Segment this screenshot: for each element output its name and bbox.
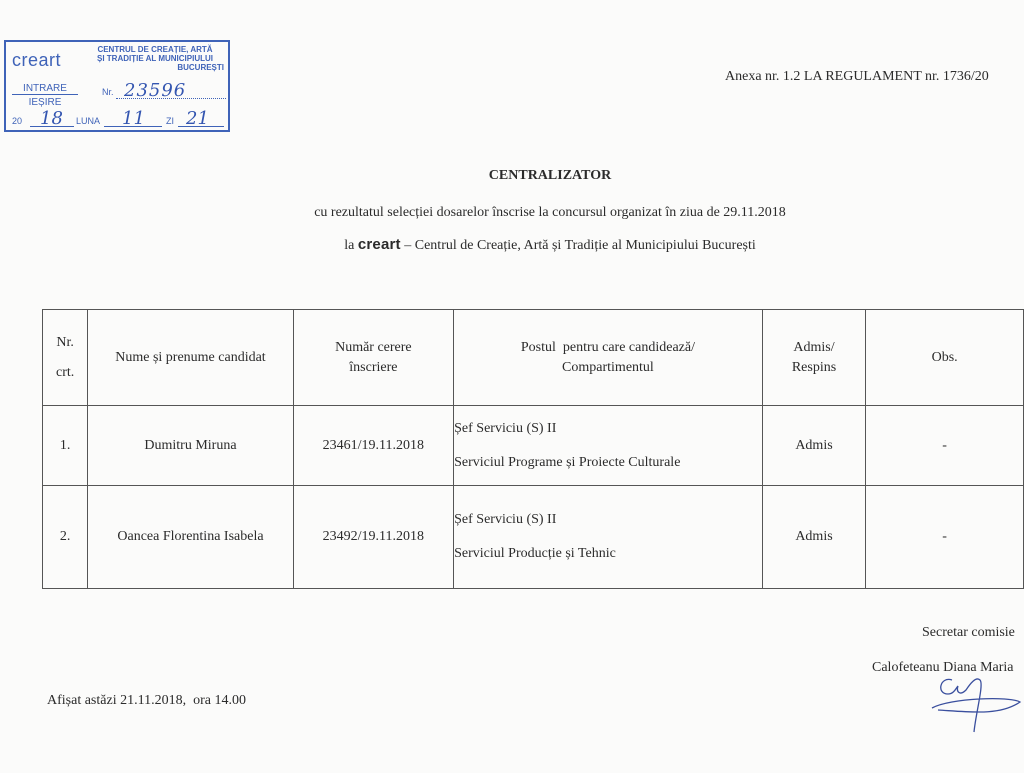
header-admis-respins: Admis/ Respins xyxy=(762,310,866,406)
cell-nume: Oancea Florentina Isabela xyxy=(88,486,293,589)
cell-compartiment: Serviciul Programe și Proiecte Culturale xyxy=(454,455,680,470)
cell-nume: Dumitru Miruna xyxy=(88,406,293,486)
cell-post-title: Șef Serviciu (S) II xyxy=(454,421,556,436)
table-row: 1. Dumitru Miruna 23461/19.11.2018 Șef S… xyxy=(43,406,1024,486)
header-nr-crt: Nr. crt. xyxy=(43,310,88,406)
stamp-org-line2: ȘI TRADIȚIE AL MUNICIPIULUI xyxy=(97,54,213,63)
secretary-label: Secretar comisie xyxy=(922,625,1015,641)
stamp-year-prefix: 20 xyxy=(12,116,22,126)
stamp-zi-label: ZI xyxy=(166,116,174,126)
header-admis-line1: Admis/ xyxy=(793,340,834,355)
header-admis-line2: Respins xyxy=(792,360,836,375)
annex-reference: Anexa nr. 1.2 LA REGULAMENT nr. 1736/20 xyxy=(725,69,989,85)
posted-date: Afișat astăzi 21.11.2018, ora 14.00 xyxy=(47,693,246,709)
signature-icon xyxy=(930,672,1024,744)
stamp-luna-value: 11 xyxy=(122,108,145,129)
results-table: Nr. crt. Nume și prenume candidat Număr … xyxy=(42,309,1024,589)
subtitle-institution-name: – Centrul de Creație, Artă și Tradiție a… xyxy=(401,238,756,253)
registration-stamp: creart CENTRUL DE CREAȚIE, ARTĂ ȘI TRADI… xyxy=(4,40,230,132)
cell-post-title: Șef Serviciu (S) II xyxy=(454,512,556,527)
creart-logo-inline: creart xyxy=(358,236,401,253)
stamp-luna-label: LUNA xyxy=(76,116,100,126)
header-nr-line1: Nr. xyxy=(56,335,74,350)
cell-obs: - xyxy=(866,486,1024,589)
stamp-org-line1: CENTRUL DE CREAȚIE, ARTĂ xyxy=(97,45,212,54)
stamp-logo: creart xyxy=(12,50,61,71)
document-subtitle: cu rezultatul selecției dosarelor înscri… xyxy=(0,205,1024,221)
header-post-line2: Compartimentul xyxy=(562,360,654,375)
cell-numar: 23461/19.11.2018 xyxy=(293,406,454,486)
cell-rezultat: Admis xyxy=(762,406,866,486)
header-post: Postul pentru care candidează/ Compartim… xyxy=(454,310,763,406)
header-numar-line2: înscriere xyxy=(349,360,397,375)
stamp-nr-value: 23596 xyxy=(124,80,186,101)
document-title: CENTRALIZATOR xyxy=(0,168,1024,184)
stamp-iesire-label: IEȘIRE xyxy=(12,97,78,108)
cell-rezultat: Admis xyxy=(762,486,866,589)
header-numar-line1: Număr cerere xyxy=(335,340,412,355)
header-obs: Obs. xyxy=(866,310,1024,406)
document-subtitle-institution: la creart – Centrul de Creație, Artă și … xyxy=(0,236,1024,254)
stamp-nr-label: Nr. xyxy=(102,87,114,97)
stamp-intrare-label: INTRARE xyxy=(12,83,78,95)
stamp-year-value: 18 xyxy=(40,108,63,129)
stamp-organization: CENTRUL DE CREAȚIE, ARTĂ ȘI TRADIȚIE AL … xyxy=(84,45,226,72)
cell-post: Șef Serviciu (S) II Serviciul Programe ș… xyxy=(454,406,763,486)
subtitle-prefix: la xyxy=(344,238,358,253)
stamp-zi-value: 21 xyxy=(186,108,209,129)
cell-nr: 1. xyxy=(43,406,88,486)
cell-obs: - xyxy=(866,406,1024,486)
header-nr-line2: crt. xyxy=(56,365,74,380)
header-post-line1: Postul pentru care candidează/ xyxy=(521,340,695,355)
cell-nr: 2. xyxy=(43,486,88,589)
cell-numar: 23492/19.11.2018 xyxy=(293,486,454,589)
cell-post: Șef Serviciu (S) II Serviciul Producție … xyxy=(454,486,763,589)
header-numar-cerere: Număr cerere înscriere xyxy=(293,310,454,406)
header-nume: Nume și prenume candidat xyxy=(88,310,293,406)
cell-compartiment: Serviciul Producție și Tehnic xyxy=(454,546,616,561)
table-row: 2. Oancea Florentina Isabela 23492/19.11… xyxy=(43,486,1024,589)
stamp-org-city: BUCUREȘTI xyxy=(84,63,226,72)
table-header-row: Nr. crt. Nume și prenume candidat Număr … xyxy=(43,310,1024,406)
